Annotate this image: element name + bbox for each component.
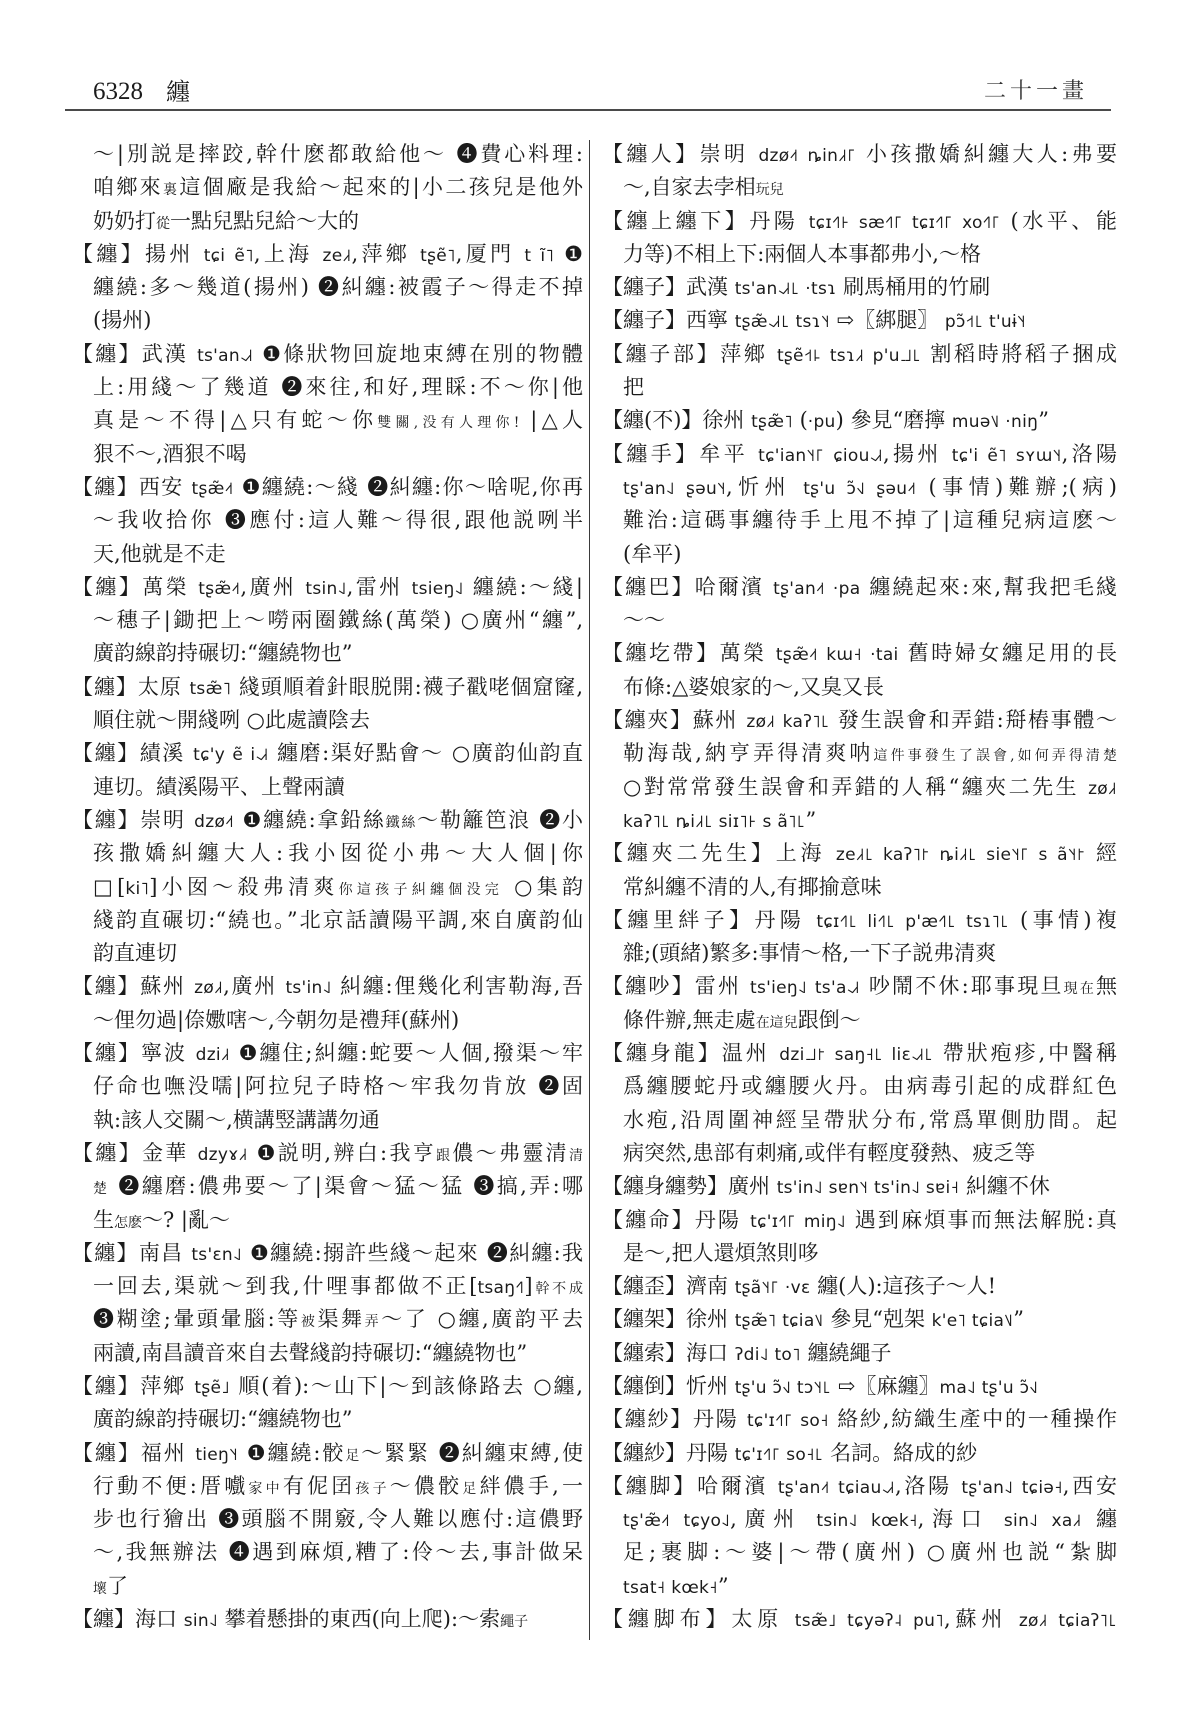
entry-first-line: 【纏】福州 tieŋ˥˧ ❶纏繞:骹足～緊緊 ❷糾纏束縛,使: [72, 1437, 583, 1470]
entry-first-line: 【纏身纏勢】廣州 ts'in˨˩ sɐn˥˧ ts'in˨˩ sɐi˧ 糾纏不休: [602, 1170, 1117, 1203]
definition-text: (牟平): [623, 542, 681, 566]
ipa-transcription: sin˨˩: [184, 1611, 218, 1631]
definition-text: ,海口: [918, 1507, 1004, 1531]
definition-text: 難治:這碼事纏待手上甩不掉了|這種兒病這麽～: [623, 508, 1117, 532]
definition-text: 渠舞: [317, 1307, 364, 1331]
definition-text: ❶説明,辨白:我亨: [248, 1141, 436, 1165]
ipa-transcription: ·pu: [808, 412, 836, 432]
left-column: ～|別説是摔跤,幹什麽都敢給他～ ❹費心料理:咱鄉來裏這個廠是我給～起來的|小二…: [72, 138, 583, 1636]
definition-text: ～了 ○纏,廣韵平去: [381, 1307, 583, 1331]
definition-text: 遇到麻煩事而無法解脱:真: [846, 1208, 1117, 1232]
headword: 【纏夾】: [602, 708, 693, 732]
definition-text: 雷州: [695, 974, 750, 998]
definition-text: 纏磨:渠好點會～ ○廣韵仙韵直: [269, 741, 583, 765]
entry-continuation-line: ～我收拾你 ❸應付:這人難～得很,跟他説咧半: [72, 504, 583, 537]
entry-first-line: 【纏夾】蘇州 zø˩˧ kaʔ˥꜖ 發生誤會和弄錯:搿樁事體～: [602, 704, 1117, 737]
entry-continuation-line: 孩撒嬌糾纏大人:我小囡從小弗～大人個|你: [72, 837, 583, 870]
entry-continuation-line: 連切。績溪陽平、上聲兩讀: [72, 771, 583, 804]
definition-text: 吵鬧不休:耶事現旦: [860, 974, 1064, 998]
definition-text: 哈爾濱: [697, 1474, 778, 1498]
ipa-transcription: ze˩˧꜖ kaʔ˥꜓ ȵi˩˧꜖ sie˥˧꜒ s ã˥˧꜓: [836, 845, 1086, 865]
ipa-transcription: tɕ'ɪ˧˥꜒ so˧: [747, 1411, 829, 1431]
definition-text: ,洛陽: [1062, 442, 1117, 466]
entry-continuation-line: 順住就～開綫咧 ○此處讀陰去: [72, 704, 583, 737]
ipa-transcription: sin˨˩ xa˩˧: [1004, 1511, 1082, 1531]
ipa-transcription: tsæ̃˩ tɕyəʔ˨ pu˥: [795, 1611, 944, 1631]
entry-first-line: 【纏紗】丹陽 tɕ'ɪ˧˥꜒ so˧꜖ 名詞。絡成的紗: [602, 1437, 1117, 1470]
entry-continuation-line: 廣韵線韵持碾切:“纏繞物也”: [72, 1403, 583, 1436]
gloss-annotation: 壞: [93, 1581, 107, 1597]
entry-continuation-line: (牟平): [602, 538, 1117, 571]
entry-first-line: 【纏】萍鄉 tʂẽ˩ 順(着):～山下|～到該條路去 ○纏,: [72, 1370, 583, 1403]
definition-text: 孩撒嬌糾纏大人:我小囡從小弗～大人個|你: [93, 841, 583, 865]
entry-continuation-line: 奶奶打從一點兒點兒給～大的: [72, 205, 583, 238]
entry-first-line: 【纏倒】忻州 tʂ'u ɔ̃˧˩ tɔ˥˧꜖ ⇨〖麻纏〗ma˨˩ tʂ'u ɔ̃…: [602, 1370, 1117, 1403]
definition-text: 纏繞繩子: [801, 1341, 892, 1365]
entry-continuation-line: 病突然,患部有刺痛,或伴有輕度發熱、疲乏等: [602, 1137, 1117, 1170]
definition-text: 儂～弗靈清: [452, 1141, 569, 1165]
definition-text: 纏繞:～綫|: [464, 575, 583, 599]
ipa-transcription: dzø˨˦: [194, 812, 234, 832]
entry-continuation-line: 勒海哉,納亨弄得清爽呐這件事發生了誤會,如何弄得清楚: [602, 737, 1117, 770]
definition-text: 連切。績溪陽平、上聲兩讀: [93, 775, 345, 799]
ipa-transcription: ma˨˩ tʂ'u ɔ̃˧˩: [939, 1378, 1038, 1398]
definition-text: ,忻州: [726, 475, 803, 499]
definition-text: 西寧: [686, 308, 735, 332]
entry-continuation-line: ○對常常發生誤會和弄錯的人稱“纏夾二先生 zø˩˧: [602, 771, 1117, 804]
gloss-annotation: 在這兒: [756, 1015, 798, 1031]
ipa-transcription: tɕɪ˧˥꜖ li˧˥꜖ p'æ˧˥꜖ tsɿ˥꜖: [816, 912, 1008, 932]
gloss-annotation: 清: [569, 1148, 583, 1164]
definition-text: ～緊緊 ❷糾纏束縛,使: [361, 1441, 583, 1465]
definition-text: 崇明: [700, 142, 759, 166]
definition-text: 布條:△婆娘家的～,又臭又長: [623, 675, 884, 699]
ipa-transcription: ki˥: [125, 879, 149, 899]
column-divider: [589, 140, 590, 1640]
definition-text: ～,自家去孛相: [623, 175, 756, 199]
ipa-transcription: tʂẽ˩: [194, 1378, 230, 1398]
definition-text: 纏繞:多～幾道(揚州) ❷糾纏:被霞子～得走不掉: [93, 275, 583, 299]
headword: 【纏索】: [602, 1341, 686, 1365]
definition-text: 萍鄉: [140, 1374, 194, 1398]
definition-text: 濟南: [686, 1274, 735, 1298]
entry-first-line: 【纏架】徐州 tʂæ̃˥ tɕia˥˩ 參見“剋架 k'e˥ tɕia˥˩”: [602, 1303, 1117, 1336]
definition-text: 廣韵線韵持碾切:“纏繞物也”: [93, 641, 353, 665]
entry-first-line: 【纏里絆子】丹陽 tɕɪ˧˥꜖ li˧˥꜖ p'æ˧˥꜖ tsɿ˥꜖ (事情)複: [602, 904, 1117, 937]
definition-text: ❷纏磨:儂弗要～了|渠會～猛～猛 ❸搞,弄:哪: [109, 1174, 583, 1198]
ipa-transcription: tʂæ̃˨˦: [191, 479, 233, 499]
entry-first-line: 【纏上纏下】丹陽 tɕɪ˧˥꜔ sæ˧˥꜒ tɕɪ˧˥꜒ xo˧˥꜒ (水平、能: [602, 205, 1117, 238]
definition-text: ○對常常發生誤會和弄錯的人稱“纏夾二先生: [623, 775, 1088, 799]
definition-text: ]: [524, 1274, 532, 1298]
definition-text: 武漢: [686, 275, 735, 299]
entry-first-line: 【纏吵】雷州 ts'ieŋ˨˩ ts'a˨˩˧ 吵鬧不休:耶事現旦現在無: [602, 970, 1117, 1003]
headword: 【纏】: [72, 575, 142, 599]
entry-first-line: 【纏】崇明 dzø˨˦ ❶纏繞:拿鉛絲鐵絲～勒籬笆浪 ❷小: [72, 804, 583, 837]
definition-text: 咱鄉來: [93, 175, 163, 199]
gloss-annotation: 楚: [93, 1181, 109, 1197]
ipa-transcription: pɔ̃˧˦꜖ t'uɨ˥˧: [945, 312, 1026, 332]
ipa-transcription: ts'ɛn˨˩: [191, 1245, 242, 1265]
gloss-annotation: 這件事發生了誤會,如何弄得清楚: [874, 748, 1118, 764]
definition-text: 哈爾濱: [695, 575, 773, 599]
ipa-transcription: tʂæ̃˨˦ kɯ˧ ·tai: [776, 645, 899, 665]
definition-text: 萬榮: [720, 641, 776, 665]
entry-first-line: 【纏人】崇明 dzø˨˦ ȵin˩˧꜒ 小孩撒嬌糾纏大人:弗要: [602, 138, 1117, 171]
definition-text: ❶纏繞:搦許些綫～起來 ❷糾纏:我: [242, 1241, 583, 1265]
entry-continuation-line: 把: [602, 371, 1117, 404]
headword: 【纏人】: [602, 142, 700, 166]
definition-text: 一點兒點兒給～大的: [170, 209, 359, 233]
definition-text: 小孩撒嬌糾纏大人:弗要: [856, 142, 1117, 166]
entry-continuation-line: 力等)不相上下:兩個人本事都弗小,～格: [602, 238, 1117, 271]
ipa-transcription: ts'an˨˩˧: [197, 346, 253, 366]
definition-text: 武漢: [142, 342, 197, 366]
definition-text: ～我收拾你 ❸應付:這人難～得很,跟他説咧半: [93, 508, 583, 532]
definition-text: 丹陽: [693, 1407, 747, 1431]
definition-text: 纏繞起來:來,幫我把毛綫: [860, 575, 1117, 599]
definition-text: 纏: [1082, 1507, 1117, 1531]
definition-text: 仔命也嘸没嚅|阿拉兒子時格～牢我勿肯放 ❷固: [93, 1074, 583, 1098]
definition-text: 常糾纏不清的人,有揶揄意味: [623, 875, 882, 899]
definition-text: 韵直連切: [93, 941, 177, 965]
definition-text: 丹陽: [695, 1208, 750, 1232]
definition-text: ～? |亂～: [142, 1208, 230, 1232]
definition-text: ⇨〖麻纏〗: [831, 1374, 939, 1398]
definition-text: 糾纏不休: [959, 1174, 1050, 1198]
definition-text: 絆儂手,一: [480, 1474, 583, 1498]
headword: 【纏】: [72, 1241, 139, 1265]
definition-text: ,雷州: [347, 575, 412, 599]
definition-text: 有伲囝: [283, 1474, 356, 1498]
ipa-transcription: ʔdi˨˩ to˥: [735, 1345, 801, 1365]
headword: 【纏歪】: [602, 1274, 686, 1298]
definition-text: 萬榮: [142, 575, 198, 599]
entry-continuation-line: ❸糊塗;暈頭暈腦:等被渠舞弄～了 ○纏,廣韵平去: [72, 1303, 583, 1336]
gloss-annotation: 從: [156, 216, 170, 232]
gloss-annotation: 家中: [248, 1481, 282, 1497]
entry-continuation-line: 上:用綫～了幾道 ❷來往,和好,理睬:不～你|他: [72, 371, 583, 404]
definition-text: 順(着):～山下|～到該條路去 ○纏,: [230, 1374, 583, 1398]
entry-continuation-line: ～,自家去孛相玩兒: [602, 171, 1117, 204]
definition-text: 温州: [722, 1041, 780, 1065]
definition-text: ～,我無辦法 ❹遇到麻煩,糟了:伶～去,事計做呆: [93, 1540, 583, 1564]
ipa-transcription: tʂæ̃˨˩˧꜖ tsɿ˥˧: [735, 312, 830, 332]
entry-continuation-line: ～～: [602, 604, 1117, 637]
definition-text: ～儂骹: [390, 1474, 463, 1498]
ipa-transcription: tʂæ̃˥: [751, 412, 793, 432]
headword: 【纏上纏下】: [602, 209, 749, 233]
ipa-transcription: tɕi ẽ˥: [204, 246, 254, 266]
gloss-annotation: 幹不成: [533, 1281, 583, 1297]
ipa-transcription: tʂ'u ɔ̃˧˩ ʂəu˨˦: [803, 479, 916, 499]
definition-text: ,西安: [1063, 1474, 1117, 1498]
ipa-transcription: zø˩˧ tɕiaʔ˥꜖: [1019, 1611, 1117, 1631]
ipa-transcription: tsat˧ kœk˧: [623, 1578, 718, 1598]
ipa-transcription: tsieŋ˨˩: [412, 579, 464, 599]
entry-first-line: 【纏】蘇州 zø˩˧,廣州 ts'in˨˩ 糾纏:俚幾化利害勒海,吾: [72, 970, 583, 1003]
headword: 【纏圪帶】: [602, 641, 720, 665]
right-column: 【纏人】崇明 dzø˨˦ ȵin˩˧꜒ 小孩撒嬌糾纏大人:弗要～,自家去孛相玩兒…: [602, 138, 1117, 1636]
entry-continuation-line: 綫韵直碾切:“繞也。”北京話讀陽平調,來自廣韵仙: [72, 904, 583, 937]
definition-text: ～俚勿過|倷嫐嗐～,今朝勿是禮拜(蘇州): [93, 1008, 459, 1032]
ipa-transcription: ze˩˧: [323, 246, 352, 266]
entry-first-line: 【纏】海口 sin˨˩ 攀着懸掛的東西(向上爬):～索繩子: [72, 1603, 583, 1636]
ipa-transcription: muə˥˩ ·niŋ: [952, 412, 1038, 432]
definition-text: 爲纏腰蛇丹或纏腰火丹。由病毒引起的成群紅色: [623, 1074, 1117, 1098]
ipa-transcription: ts'ieŋ˨˩ ts'a˨˩˧: [750, 978, 860, 998]
definition-text: 舊時婦女纏足用的長: [899, 641, 1117, 665]
entry-continuation-line: □[ki˥]小囡～殺弗清爽你這孩子糾纏個没完 ○集韵: [72, 871, 583, 904]
definition-text: 丹陽: [686, 1441, 735, 1465]
definition-text: ～穗子|鋤把上～嘮兩圈鐵絲(萬榮) ○廣州“纏”,: [93, 608, 583, 632]
ipa-transcription: tʂẽ˧˦꜕ tsɿ˩˧ p'u˩˩꜖: [777, 346, 921, 366]
entry-continuation-line: 天,他就是不走: [72, 538, 583, 571]
definition-text: 海口: [686, 1341, 735, 1365]
definition-text: 福州: [141, 1441, 196, 1465]
definition-text: 太原: [138, 675, 190, 699]
definition-text: 是～,把人還煩煞則哆: [623, 1241, 819, 1265]
headword: 【纏】: [72, 1374, 140, 1398]
running-head-character: 纏: [166, 76, 190, 108]
entry-continuation-line: tʂ'an˨˩ ʂəu˥˧,忻州 tʂ'u ɔ̃˧˩ ʂəu˨˦ (事情)難辦;…: [602, 471, 1117, 504]
definition-text: 力等)不相上下:兩個人本事都弗小,～格: [623, 242, 981, 266]
definition-text: 行動不便:厝嚱: [93, 1474, 248, 1498]
entry-first-line: 【纏圪帶】萬榮 tʂæ̃˨˦ kɯ˧ ·tai 舊時婦女纏足用的長: [602, 637, 1117, 670]
entry-first-line: 【纏脚】哈爾濱 tʂ'an˨˦ tɕiau˨˩˧,洛陽 tʂ'an˨˩ tɕiə…: [602, 1470, 1117, 1503]
ipa-transcription: tsaŋ˧˥: [477, 1278, 524, 1298]
definition-text: 絡紗,紡織生產中的一種操作: [829, 1407, 1117, 1431]
ipa-transcription: ts'in˨˩: [285, 978, 331, 998]
definition-text: ”: [1038, 408, 1049, 432]
definition-text: ) 參見“磨擰: [836, 408, 952, 432]
definition-text: 生: [93, 1208, 114, 1232]
headword: 【纏(不)】: [602, 408, 702, 432]
definition-text: 太原: [731, 1607, 794, 1631]
headword: 【纏里絆子】: [602, 908, 754, 932]
gloss-annotation: 現在: [1064, 981, 1096, 997]
entry-first-line: 【纏歪】濟南 tʂã˥˧꜒ ·vɛ 纏(人):這孩子～人!: [602, 1270, 1117, 1303]
headword: 【纏架】: [602, 1307, 686, 1331]
headword: 【纏】: [72, 808, 140, 832]
entry-first-line: 【纏手】牟平 tɕ'ian˥˧꜒ ɕiou˨˩˧,揚州 tɕ'i ẽ˥ sʏɯ˥…: [602, 438, 1117, 471]
definition-text: 寧波: [141, 1041, 196, 1065]
entry-continuation-line: 壞了: [72, 1570, 583, 1603]
ipa-transcription: zø˩˧: [1088, 779, 1117, 799]
definition-text: 績溪: [140, 741, 193, 765]
definition-text: 跟倒～: [798, 1008, 861, 1032]
definition-text: ,萍鄉: [351, 242, 420, 266]
entry-continuation-line: ～俚勿過|倷嫐嗐～,今朝勿是禮拜(蘇州): [72, 1004, 583, 1037]
definition-text: 忻州: [686, 1374, 735, 1398]
ipa-transcription: tʂ'an˨˦ tɕiau˨˩˧: [778, 1478, 895, 1498]
entry-continuation-line: kaʔ˥꜖ ȵi˩˧꜖ siɪ˥꜔ s ã˥꜖”: [602, 804, 1117, 837]
definition-text: 揚州: [145, 242, 204, 266]
definition-text: 徐州: [686, 1307, 735, 1331]
ipa-transcription: dzi˩˧: [196, 1045, 230, 1065]
headword: 【纏】: [72, 242, 145, 266]
ipa-transcription: ts'an˨˩˧꜖ ·tsɿ: [735, 279, 837, 299]
definition-text: 執:該人交關～,横講竪講講勿通: [93, 1108, 380, 1132]
entry-first-line: 【纏脚布】太原 tsæ̃˩ tɕyəʔ˨ pu˥,蘇州 zø˩˧ tɕiaʔ˥꜖: [602, 1603, 1117, 1636]
ipa-transcription: kaʔ˥꜖ ȵi˩˧꜖ siɪ˥꜔ s ã˥꜖: [623, 812, 805, 832]
definition-text: ,厦門: [456, 242, 525, 266]
headword: 【纏身纏勢】: [602, 1174, 728, 1198]
entry-continuation-line: 常糾纏不清的人,有揶揄意味: [602, 871, 1117, 904]
headword: 【纏吵】: [602, 974, 695, 998]
definition-text: 萍鄉: [720, 342, 777, 366]
ipa-transcription: dzyɤ˩˧: [198, 1145, 248, 1165]
definition-text: ”: [805, 808, 816, 832]
entry-first-line: 【纏子】武漢 ts'an˨˩˧꜖ ·tsɿ 刷馬桶用的竹刷: [602, 271, 1117, 304]
ipa-transcription: dzi˩˩꜓ saŋ˧꜖ liɛ˨˩˧꜖: [779, 1045, 933, 1065]
headword: 【纏子部】: [602, 342, 720, 366]
definition-text: 水疱,沿周圍神經呈帶狀分布,常爲單側肋間。起: [623, 1108, 1117, 1132]
definition-text: 經: [1086, 841, 1118, 865]
definition-text: 雜;(頭緒)繁多:事情～格,一下子説弗清爽: [623, 941, 996, 965]
headword: 【纏巴】: [602, 575, 695, 599]
ipa-transcription: tʂ'u ɔ̃˧˩ tɔ˥˧꜖: [735, 1378, 831, 1398]
definition-text: ]小囡～殺弗清爽: [149, 875, 338, 899]
entry-first-line: 【纏】武漢 ts'an˨˩˧ ❶條狀物回旋地束縛在別的物體: [72, 338, 583, 371]
definition-text: 發生誤會和弄錯:搿樁事體～: [830, 708, 1117, 732]
definition-text: ❶: [554, 242, 583, 266]
entry-continuation-line: 生怎麽～? |亂～: [72, 1204, 583, 1237]
gloss-annotation: 孩子: [355, 1481, 389, 1497]
definition-text: ,洛陽: [895, 1474, 961, 1498]
definition-text: 海口: [135, 1607, 184, 1631]
entry-continuation-line: 條件辦,無走處在這兒跟倒～: [602, 1004, 1117, 1037]
headword: 【纏】: [72, 974, 140, 998]
definition-text: 奶奶打: [93, 209, 156, 233]
header-rule: [65, 109, 1111, 111]
entry-first-line: 【纏】太原 tsæ̃˥ 綫頭順着針眼脱開:襪子戳咾個窟窿,: [72, 671, 583, 704]
entry-continuation-line: tʂ'æ̃˨˦ tɕyo˨˩,廣州 tsin˨˩ kœk˧,海口 sin˨˩ x…: [602, 1503, 1117, 1536]
definition-text: 勒海哉,納亨弄得清爽呐: [623, 741, 874, 765]
definition-text: 蘇州: [693, 708, 747, 732]
entry-continuation-line: 步也行獪出 ❸頭腦不開竅,令人難以應付:這儂野: [72, 1503, 583, 1536]
entry-first-line: 【纏】西安 tʂæ̃˨˦ ❶纏繞:～綫 ❷糾纏:你～啥呢,你再: [72, 471, 583, 504]
headword: 【纏】: [72, 1041, 141, 1065]
ipa-transcription: tɕ'y ẽ i˨˩˧: [193, 745, 269, 765]
definition-text: 步也行獪出 ❸頭腦不開竅,令人難以應付:這儂野: [93, 1507, 583, 1531]
headword: 【纏脚】: [602, 1474, 697, 1498]
entry-continuation-line: 爲纏腰蛇丹或纏腰火丹。由病毒引起的成群紅色: [602, 1070, 1117, 1103]
ipa-transcription: t ĩ˥: [524, 246, 554, 266]
headword: 【纏紗】: [602, 1441, 686, 1465]
entry-continuation-line: 咱鄉來裏這個廠是我給～起來的|小二孩兒是他外: [72, 171, 583, 204]
definition-text: 徐州: [702, 408, 751, 432]
definition-text: ❶纏住;糾纏:蛇要～人個,撥渠～牢: [230, 1041, 583, 1065]
definition-text: (事情)複: [1009, 908, 1117, 932]
definition-text: ～勒籬笆浪 ❷小: [417, 808, 583, 832]
entry-continuation-line: 韵直連切: [72, 937, 583, 970]
definition-text: 帶狀疱疹,中醫稱: [933, 1041, 1117, 1065]
entry-continuation-line: 廣韵線韵持碾切:“纏繞物也”: [72, 637, 583, 670]
definition-text: 名詞。絡成的紗: [824, 1441, 978, 1465]
definition-text: 牟平: [699, 442, 758, 466]
ipa-transcription: tieŋ˥˧: [195, 1445, 238, 1465]
definition-text: 這個廠是我給～起來的|小二孩兒是他外: [179, 175, 583, 199]
ipa-transcription: tsin˨˩: [305, 579, 346, 599]
definition-text: 把: [623, 375, 644, 399]
entry-first-line: 【纏身龍】温州 dzi˩˩꜓ saŋ˧꜖ liɛ˨˩˧꜖ 帶狀疱疹,中醫稱: [602, 1037, 1117, 1070]
definition-text: ,廣州: [240, 575, 305, 599]
definition-text: ❶纏繞:拿鉛絲: [234, 808, 386, 832]
ipa-transcription: tɕɪ˧˥꜔ sæ˧˥꜒ tɕɪ˧˥꜒ xo˧˥꜒: [809, 213, 1001, 233]
headword: 【纏脚布】: [602, 1607, 731, 1631]
headword: 【纏手】: [602, 442, 699, 466]
definition-text: 刷馬桶用的竹刷: [836, 275, 990, 299]
definition-text: □[: [93, 875, 125, 899]
definition-text: (水平、能: [1000, 209, 1117, 233]
entry-continuation-line: 水疱,沿周圍神經呈帶狀分布,常爲單側肋間。起: [602, 1104, 1117, 1137]
definition-text: 南昌: [139, 1241, 192, 1265]
headword: 【纏】: [72, 1141, 142, 1165]
definition-text: ,揚州: [883, 442, 952, 466]
entry-continuation-line: 兩讀,南昌讀音來自去聲綫韵持碾切:“纏繞物也”: [72, 1337, 583, 1370]
definition-text: 天,他就是不走: [93, 542, 226, 566]
gloss-annotation: 弄: [365, 1314, 382, 1330]
gloss-annotation: 被: [301, 1314, 318, 1330]
entry-first-line: 【纏索】海口 ʔdi˨˩ to˥ 纏繞繩子: [602, 1337, 1117, 1370]
entry-first-line: 【纏】績溪 tɕ'y ẽ i˨˩˧ 纏磨:渠好點會～ ○廣韵仙韵直: [72, 737, 583, 770]
entry-continuation-line: 仔命也嘸没嚅|阿拉兒子時格～牢我勿肯放 ❷固: [72, 1070, 583, 1103]
gloss-annotation: 足: [345, 1448, 361, 1464]
entry-first-line: 【纏紗】丹陽 tɕ'ɪ˧˥꜒ so˧ 絡紗,紡織生產中的一種操作: [602, 1403, 1117, 1436]
definition-text: 攀着懸掛的東西(向上爬):～索: [218, 1607, 500, 1631]
entry-first-line: 【纏(不)】徐州 tʂæ̃˥ (·pu) 參見“磨擰 muə˥˩ ·niŋ”: [602, 404, 1117, 437]
ipa-transcription: tɕ'ian˥˧꜒ ɕiou˨˩˧: [758, 446, 883, 466]
ipa-transcription: tʂæ̃˨˦: [198, 579, 240, 599]
definition-text: ⇨〖綁腿〗: [830, 308, 945, 332]
definition-text: (揚州): [93, 308, 151, 332]
ipa-transcription: tɕ'ɪ˧˥꜒ miŋ˨˩: [750, 1212, 846, 1232]
gloss-annotation: 鐵絲: [386, 815, 417, 831]
entry-first-line: 【纏】金華 dzyɤ˩˧ ❶説明,辨白:我亨跟儂～弗靈清清: [72, 1137, 583, 1170]
entry-first-line: 【纏】揚州 tɕi ẽ˥,上海 ze˩˧,萍鄉 tʂẽ˥,厦門 t ĩ˥ ❶: [72, 238, 583, 271]
definition-text: 崇明: [140, 808, 194, 832]
ipa-transcription: k'e˥ tɕia˥˩: [932, 1311, 1014, 1331]
gloss-annotation: 玩兒: [756, 182, 784, 198]
definition-text: 蘇州: [140, 974, 194, 998]
headword: 【纏夾二先生】: [602, 841, 776, 865]
entry-continuation-line: 真是～不得|△只有蛇～你雙關,没有人理你! |△人: [72, 404, 583, 437]
definition-text: |△人: [519, 408, 583, 432]
definition-text: 順住就～開綫咧 ○此處讀陰去: [93, 708, 370, 732]
entry-continuation-line: 布條:△婆娘家的～,又臭又長: [602, 671, 1117, 704]
definition-text: 丹陽: [754, 908, 816, 932]
headword: 【纏子】: [602, 308, 686, 332]
definition-text: 金華: [142, 1141, 198, 1165]
ipa-transcription: zø˩˧ kaʔ˥꜖: [746, 712, 829, 732]
ipa-transcription: zø˩˧: [194, 978, 223, 998]
headword: 【纏紗】: [602, 1407, 693, 1431]
definition-text: ❶條狀物回旋地束縛在別的物體: [253, 342, 583, 366]
entry-continuation-line: 執:該人交關～,横講竪講講勿通: [72, 1104, 583, 1137]
definition-text: ❶纏繞:～綫 ❷糾纏:你～啥呢,你再: [234, 475, 583, 499]
headword: 【纏】: [72, 342, 142, 366]
entry-continuation-line: 難治:這碼事纏待手上甩不掉了|這種兒病這麽～: [602, 504, 1117, 537]
definition-text: ,上海: [254, 242, 323, 266]
definition-text: ～～: [623, 608, 665, 632]
gloss-annotation: 裏: [163, 182, 179, 198]
entry-first-line: 【纏】萬榮 tʂæ̃˨˦,廣州 tsin˨˩,雷州 tsieŋ˨˩ 纏繞:～綫|: [72, 571, 583, 604]
ipa-transcription: dzø˨˦ ȵin˩˧꜒: [758, 146, 856, 166]
ipa-transcription: tsin˨˩ kœk˧: [816, 1511, 917, 1531]
entry-continuation-line: ～|別説是摔跤,幹什麽都敢給他～ ❹費心料理:: [72, 138, 583, 171]
headword: 【纏】: [72, 475, 139, 499]
